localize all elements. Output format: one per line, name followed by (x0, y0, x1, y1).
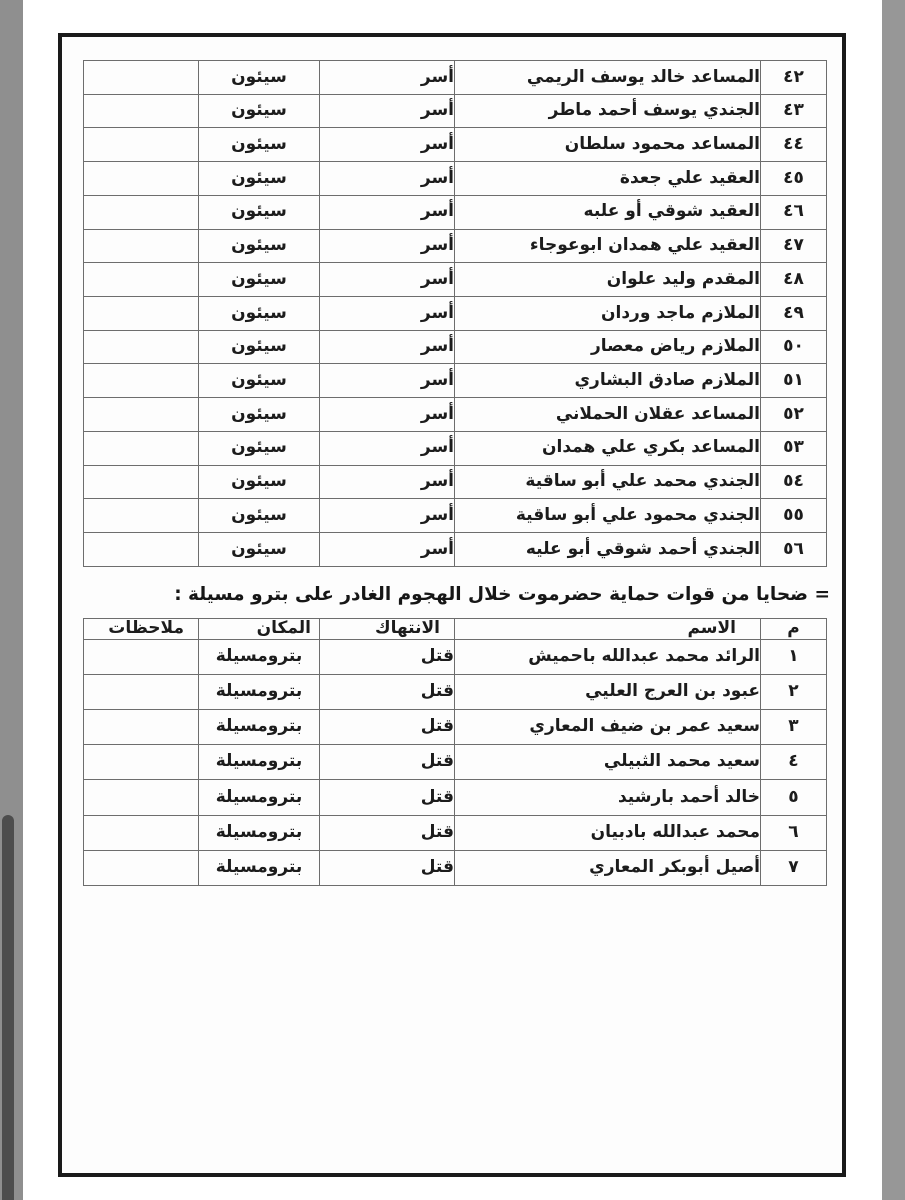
table-row: ٥٤الجندي محمد علي أبو ساقيةأسرسيئون (84, 465, 827, 499)
cell-place: بترومسيلة (199, 745, 320, 780)
cell-name: عبود بن العرج العليي (455, 674, 761, 709)
cell-violation: أسر (320, 364, 455, 398)
cell-notes (84, 195, 199, 229)
table-row: ٥٠الملازم رياض معصارأسرسيئون (84, 330, 827, 364)
cell-violation: أسر (320, 94, 455, 128)
cell-num: ٧ (761, 850, 827, 885)
cell-notes (84, 229, 199, 263)
cell-num: ٤ (761, 745, 827, 780)
cell-name: محمد عبدالله بادبيان (455, 815, 761, 850)
cell-name: العقيد علي همدان ابوعوجاء (455, 229, 761, 263)
cell-notes (84, 162, 199, 196)
cell-num: ٥٠ (761, 330, 827, 364)
cell-notes (84, 94, 199, 128)
cell-num: ٤٥ (761, 162, 827, 196)
cell-num: ٤٨ (761, 263, 827, 297)
cell-notes (84, 263, 199, 297)
cell-notes (84, 431, 199, 465)
cell-num: ٥٦ (761, 533, 827, 567)
cell-name: الملازم ماجد وردان (455, 297, 761, 331)
cell-place: سيئون (199, 364, 320, 398)
cell-num: ٥٢ (761, 398, 827, 432)
cell-place: بترومسيلة (199, 639, 320, 674)
cell-notes (84, 745, 199, 780)
cell-name: المساعد خالد يوسف الريمي (455, 61, 761, 95)
table-row: ٥٣المساعد بكري علي همدانأسرسيئون (84, 431, 827, 465)
cell-notes (84, 674, 199, 709)
scrollbar-thumb[interactable] (2, 815, 14, 1200)
cell-place: سيئون (199, 263, 320, 297)
cell-notes (84, 850, 199, 885)
cell-notes (84, 61, 199, 95)
right-gutter (882, 0, 905, 1200)
table-row: ١الرائد محمد عبدالله باحميشقتلبترومسيلة (84, 639, 827, 674)
cell-name: سعيد محمد الثبيلي (455, 745, 761, 780)
cell-num: ٢ (761, 674, 827, 709)
cell-place: سيئون (199, 330, 320, 364)
captives-table: ٤٢المساعد خالد يوسف الريميأسرسيئون٤٣الجن… (83, 60, 827, 567)
cell-place: سيئون (199, 94, 320, 128)
cell-violation: قتل (320, 674, 455, 709)
table-row: ٧أصيل أبوبكر المعاريقتلبترومسيلة (84, 850, 827, 885)
cell-place: بترومسيلة (199, 709, 320, 744)
cell-notes (84, 330, 199, 364)
captives-table-body: ٤٢المساعد خالد يوسف الريميأسرسيئون٤٣الجن… (84, 61, 827, 567)
cell-place: سيئون (199, 533, 320, 567)
cell-name: الملازم رياض معصار (455, 330, 761, 364)
cell-name: العقيد علي جعدة (455, 162, 761, 196)
cell-violation: أسر (320, 431, 455, 465)
table-row: ٥٥الجندي محمود علي أبو ساقيةأسرسيئون (84, 499, 827, 533)
cell-name: المقدم وليد علوان (455, 263, 761, 297)
cell-place: سيئون (199, 398, 320, 432)
cell-name: خالد أحمد بارشيد (455, 780, 761, 815)
cell-name: الجندي محمود علي أبو ساقية (455, 499, 761, 533)
cell-violation: أسر (320, 128, 455, 162)
cell-name: الجندي يوسف أحمد ماطر (455, 94, 761, 128)
table-row: ٥١الملازم صادق البشاريأسرسيئون (84, 364, 827, 398)
cell-name: المساعد محمود سلطان (455, 128, 761, 162)
cell-name: العقيد شوقي أو علبه (455, 195, 761, 229)
cell-violation: أسر (320, 263, 455, 297)
cell-num: ٣ (761, 709, 827, 744)
table-row: ٤٩الملازم ماجد وردانأسرسيئون (84, 297, 827, 331)
document-viewer: ٤٢المساعد خالد يوسف الريميأسرسيئون٤٣الجن… (0, 0, 905, 1200)
cell-place: سيئون (199, 162, 320, 196)
table-row: ٥٦الجندي أحمد شوقي أبو عليهأسرسيئون (84, 533, 827, 567)
cell-num: ٥٥ (761, 499, 827, 533)
cell-num: ٥٤ (761, 465, 827, 499)
cell-violation: قتل (320, 850, 455, 885)
cell-name: الجندي محمد علي أبو ساقية (455, 465, 761, 499)
cell-num: ٤٢ (761, 61, 827, 95)
cell-num: ٥١ (761, 364, 827, 398)
header-notes: ملاحظات (84, 619, 199, 640)
header-number: م (761, 619, 827, 640)
cell-notes (84, 128, 199, 162)
cell-violation: قتل (320, 780, 455, 815)
victims-table-body: ١الرائد محمد عبدالله باحميشقتلبترومسيلة٢… (84, 639, 827, 885)
cell-name: أصيل أبوبكر المعاري (455, 850, 761, 885)
table-row: ٤سعيد محمد الثبيليقتلبترومسيلة (84, 745, 827, 780)
cell-num: ٤٧ (761, 229, 827, 263)
cell-place: سيئون (199, 195, 320, 229)
cell-violation: أسر (320, 499, 455, 533)
table-row: ٦محمد عبدالله بادبيانقتلبترومسيلة (84, 815, 827, 850)
header-place: المكان (199, 619, 320, 640)
cell-place: سيئون (199, 431, 320, 465)
cell-notes (84, 639, 199, 674)
table-row: ٥خالد أحمد بارشيدقتلبترومسيلة (84, 780, 827, 815)
table-row: ٤٤المساعد محمود سلطانأسرسيئون (84, 128, 827, 162)
header-violation: الانتهاك (320, 619, 455, 640)
cell-num: ٦ (761, 815, 827, 850)
section-heading: = ضحايا من قوات حماية حضرموت خلال الهجوم… (174, 584, 830, 605)
cell-num: ٤٤ (761, 128, 827, 162)
cell-num: ٤٦ (761, 195, 827, 229)
cell-notes (84, 398, 199, 432)
cell-name: المساعد عقلان الحملاني (455, 398, 761, 432)
table-row: ٥٢المساعد عقلان الحملانيأسرسيئون (84, 398, 827, 432)
cell-violation: أسر (320, 229, 455, 263)
cell-notes (84, 465, 199, 499)
cell-violation: قتل (320, 639, 455, 674)
cell-place: سيئون (199, 61, 320, 95)
cell-notes (84, 780, 199, 815)
cell-num: ٤٣ (761, 94, 827, 128)
cell-violation: أسر (320, 398, 455, 432)
cell-violation: أسر (320, 162, 455, 196)
cell-place: سيئون (199, 465, 320, 499)
cell-place: سيئون (199, 229, 320, 263)
table-row: ٤٧العقيد علي همدان ابوعوجاءأسرسيئون (84, 229, 827, 263)
cell-violation: أسر (320, 533, 455, 567)
table-row: ٣سعيد عمر بن ضيف المعاريقتلبترومسيلة (84, 709, 827, 744)
petromasila-victims-table: م الاسم الانتهاك المكان ملاحظات ١الرائد … (83, 618, 827, 886)
cell-notes (84, 815, 199, 850)
cell-place: سيئون (199, 297, 320, 331)
table-row: ٢عبود بن العرج العلييقتلبترومسيلة (84, 674, 827, 709)
cell-violation: أسر (320, 195, 455, 229)
table-row: ٤٨المقدم وليد علوانأسرسيئون (84, 263, 827, 297)
cell-place: بترومسيلة (199, 850, 320, 885)
cell-violation: قتل (320, 815, 455, 850)
cell-num: ٤٩ (761, 297, 827, 331)
header-name: الاسم (455, 619, 761, 640)
cell-num: ٥٣ (761, 431, 827, 465)
cell-place: بترومسيلة (199, 815, 320, 850)
cell-name: الملازم صادق البشاري (455, 364, 761, 398)
cell-place: سيئون (199, 499, 320, 533)
cell-violation: أسر (320, 297, 455, 331)
cell-violation: قتل (320, 709, 455, 744)
page-border-frame: ٤٢المساعد خالد يوسف الريميأسرسيئون٤٣الجن… (58, 33, 846, 1177)
cell-violation: أسر (320, 61, 455, 95)
table-row: ٤٦العقيد شوقي أو علبهأسرسيئون (84, 195, 827, 229)
cell-violation: قتل (320, 745, 455, 780)
cell-notes (84, 297, 199, 331)
cell-violation: أسر (320, 330, 455, 364)
table-row: ٤٣الجندي يوسف أحمد ماطرأسرسيئون (84, 94, 827, 128)
cell-place: سيئون (199, 128, 320, 162)
cell-notes (84, 709, 199, 744)
victims-table-header-row: م الاسم الانتهاك المكان ملاحظات (84, 619, 827, 640)
cell-violation: أسر (320, 465, 455, 499)
cell-num: ١ (761, 639, 827, 674)
cell-place: بترومسيلة (199, 674, 320, 709)
cell-num: ٥ (761, 780, 827, 815)
cell-notes (84, 533, 199, 567)
cell-notes (84, 499, 199, 533)
table-row: ٤٥العقيد علي جعدةأسرسيئون (84, 162, 827, 196)
cell-name: الجندي أحمد شوقي أبو عليه (455, 533, 761, 567)
cell-name: المساعد بكري علي همدان (455, 431, 761, 465)
cell-name: سعيد عمر بن ضيف المعاري (455, 709, 761, 744)
table-row: ٤٢المساعد خالد يوسف الريميأسرسيئون (84, 61, 827, 95)
cell-place: بترومسيلة (199, 780, 320, 815)
cell-name: الرائد محمد عبدالله باحميش (455, 639, 761, 674)
cell-notes (84, 364, 199, 398)
